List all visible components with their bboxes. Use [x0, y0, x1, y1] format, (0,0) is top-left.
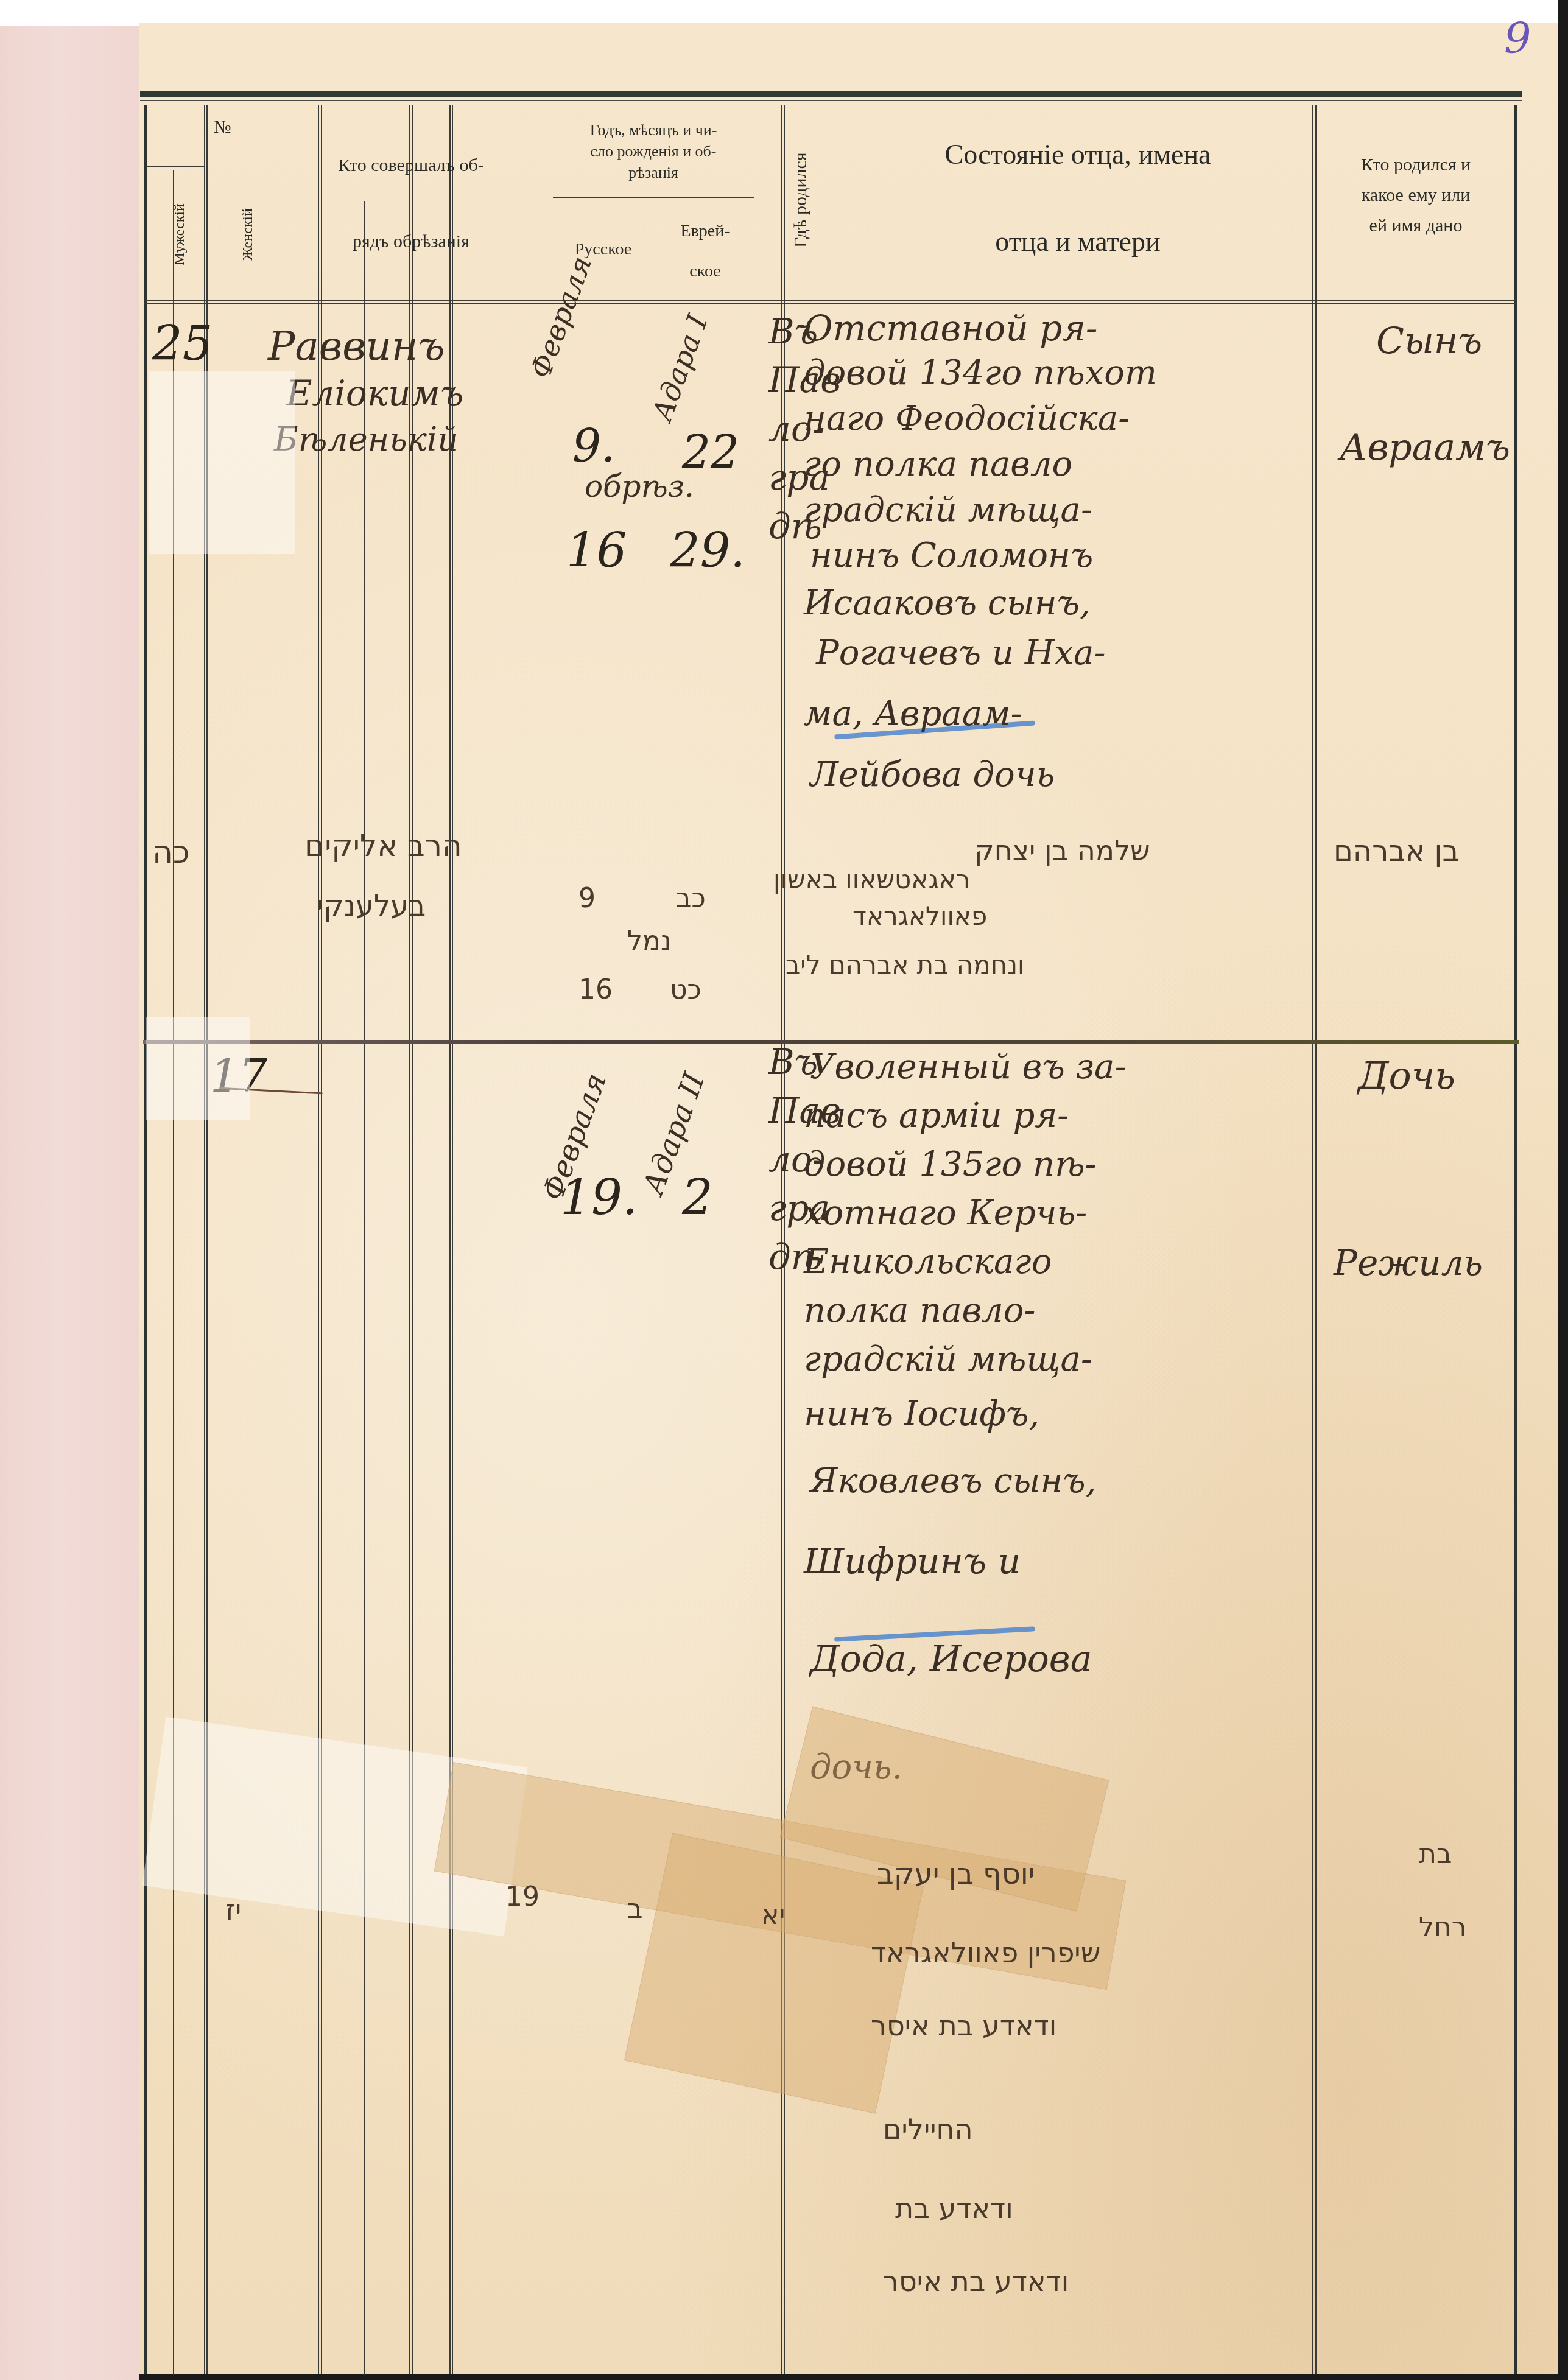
- record-1-hebrew-date-3: נמל: [627, 925, 672, 957]
- header-number-label: №: [207, 116, 237, 139]
- record-divider: [143, 1040, 1519, 1044]
- record-2-hebrew-parents-6: ודאדע בת איסר: [883, 2265, 1069, 2298]
- record-2-hebrew-child-2: רחל: [1419, 1912, 1467, 1943]
- record-1-parents-line5: градскій мѣща-: [804, 490, 1092, 530]
- record-1-hebrew-date-5: כט: [670, 974, 701, 1005]
- record-1-hebrew-parents-4: ונחמה בת אברהם ליב: [786, 950, 1025, 980]
- header-performer-line1: Кто совершалъ об-: [298, 154, 524, 177]
- record-1-parents-line8: Рогачевъ и Нха-: [816, 633, 1105, 673]
- record-1-performer-line2: Еліокимъ: [286, 373, 463, 414]
- record-1-circumcision-note: обрѣз.: [585, 469, 694, 504]
- header-bottom-rule: [144, 300, 1517, 301]
- header-date-jewish-line1: Еврей-: [656, 220, 754, 242]
- record-1-performer-line1: Раввинъ: [268, 323, 445, 370]
- header-date-line2: сло рожденія и об-: [553, 142, 754, 162]
- tissue-repair-divider: [146, 1017, 250, 1120]
- record-2-hebrew-child-1: בת: [1419, 1839, 1452, 1870]
- header-child-line3: ей имя дано: [1321, 214, 1510, 237]
- scan-edge-right: [1558, 0, 1568, 2380]
- record-1-hebrew-performer-2: בעלענקי: [317, 889, 426, 923]
- record-2-hebrew-date-3: יא: [761, 1900, 785, 1931]
- column-rule-child-b: [1315, 105, 1317, 2374]
- record-1-hebrew-parents-2: ראגאטשאוו באשון: [773, 865, 970, 894]
- column-rule-right: [1514, 105, 1517, 2374]
- header-child-line1: Кто родился и: [1321, 153, 1510, 177]
- record-1-russian-birth-day: 9.: [572, 420, 616, 472]
- record-2-hebrew-parents-2: שיפרין פאוולאגראד: [871, 1936, 1100, 1969]
- record-1-hebrew-child: בן אברהם: [1334, 834, 1459, 868]
- header-male: Мужескій: [171, 195, 189, 274]
- record-2-parents-line7: градскій мѣща-: [804, 1339, 1092, 1379]
- record-2-parents-line2: пасъ арміи ря-: [804, 1096, 1069, 1136]
- record-1-russian-circumcision-day: 16: [566, 524, 627, 578]
- record-1-parents-line3: наго Феодосійска-: [804, 399, 1130, 438]
- record-2-child-gender: Дочь: [1358, 1053, 1455, 1098]
- record-1-parents-line1: Отставной ря-: [804, 307, 1097, 349]
- record-1-parents-line6: нинъ Соломонъ: [810, 536, 1093, 575]
- header-bottom-rule-b: [144, 303, 1517, 304]
- record-1-jewish-circumcision-day: 29.: [670, 524, 745, 578]
- record-1-child-name: Авраамъ: [1340, 426, 1510, 469]
- column-rule-russian: [364, 201, 365, 2375]
- date-header-split: [553, 197, 754, 198]
- record-1-jewish-birth-day: 22: [682, 426, 739, 479]
- record-1-hebrew-parents-1: שלמה בן יצחק: [974, 834, 1150, 867]
- scan-edge-bottom: [139, 2374, 1568, 2380]
- top-rule: [140, 91, 1522, 97]
- header-child-line2: какое ему или: [1321, 184, 1510, 207]
- record-2-parents-line5: Еникольскаго: [804, 1242, 1052, 1282]
- record-2-hebrew-date-2: ב: [627, 1894, 642, 1925]
- record-1-male-number: 25: [152, 317, 213, 371]
- record-1-hebrew-date-2: כב: [676, 883, 706, 914]
- header-female: Женскій: [239, 195, 257, 274]
- header-parents-line1: Состояніе отца, имена: [853, 137, 1303, 172]
- record-2-hebrew-number: יז: [225, 1894, 241, 1926]
- record-2-parents-line8: нинъ Іосифъ,: [804, 1394, 1039, 1434]
- record-1-hebrew-number: כה: [152, 834, 189, 871]
- column-rule-child: [1312, 105, 1313, 2374]
- record-1-hebrew-performer-1: הרב אליקים: [304, 828, 462, 863]
- record-2-child-name: Режиль: [1334, 1242, 1483, 1283]
- top-rule-thin: [140, 100, 1522, 101]
- record-1-parents-line7: Исааковъ сынъ,: [804, 583, 1091, 623]
- number-header-split: [146, 166, 204, 167]
- record-2-hebrew-parents-5: ודאדע בת: [895, 2192, 1013, 2225]
- record-2-hebrew-parents-1: יוסף בן יעקב: [877, 1857, 1035, 1891]
- record-2-jewish-birth-day: 2: [682, 1169, 713, 1226]
- header-performer-line2: рядъ обрѣзанія: [298, 230, 524, 253]
- record-2-hebrew-parents-4: החיילים: [883, 2113, 973, 2146]
- column-rule-left: [144, 105, 147, 2374]
- record-2-hebrew-date-1: 19: [505, 1881, 540, 1912]
- record-1-parents-line2: довой 134го пѣхот: [804, 353, 1157, 393]
- record-2-parents-line11: Дода, Исерова: [810, 1638, 1092, 1680]
- record-2-hebrew-parents-3: ודאדע בת איסר: [871, 2009, 1056, 2042]
- margin-strip: [0, 26, 141, 2380]
- record-1-hebrew-date-4: 16: [578, 974, 613, 1005]
- record-1-performer-line3: Бѣленькій: [274, 420, 459, 458]
- record-1-hebrew-date-1: 9: [578, 883, 596, 914]
- record-2-parents-line6: полка павло-: [804, 1291, 1035, 1330]
- header-date-jewish-line2: ское: [656, 261, 754, 282]
- folio-number: 9: [1504, 13, 1531, 63]
- record-2-parents-line10: Шифринъ и: [804, 1540, 1021, 1582]
- record-2-parents-line3: довой 135го пѣ-: [804, 1145, 1096, 1184]
- record-1-parents-line4: го полка павло: [804, 444, 1072, 484]
- record-2-parents-line9: Яковлевъ сынъ,: [810, 1461, 1096, 1501]
- record-1-parents-line9: ма, Авраам-: [804, 694, 1022, 734]
- header-date-line3: рѣзанія: [553, 163, 754, 183]
- record-2-parents-line1: Уволенный въ за-: [810, 1047, 1126, 1087]
- header-birthplace: Гдѣ родился: [789, 121, 812, 279]
- record-1-parents-line10: Лейбова дочь: [810, 755, 1055, 795]
- header-date-line1: Годъ, мѣсяцъ и чи-: [553, 121, 754, 141]
- record-1-child-gender: Сынъ: [1376, 320, 1482, 362]
- header-parents-line2: отца и матери: [853, 224, 1303, 259]
- tissue-repair-upper: [149, 371, 295, 554]
- record-1-hebrew-parents-3: פאוולאגראד: [853, 901, 987, 931]
- record-2-parents-line4: хотнаго Керчь-: [804, 1193, 1087, 1233]
- record-2-russian-birth-day: 19.: [560, 1169, 638, 1226]
